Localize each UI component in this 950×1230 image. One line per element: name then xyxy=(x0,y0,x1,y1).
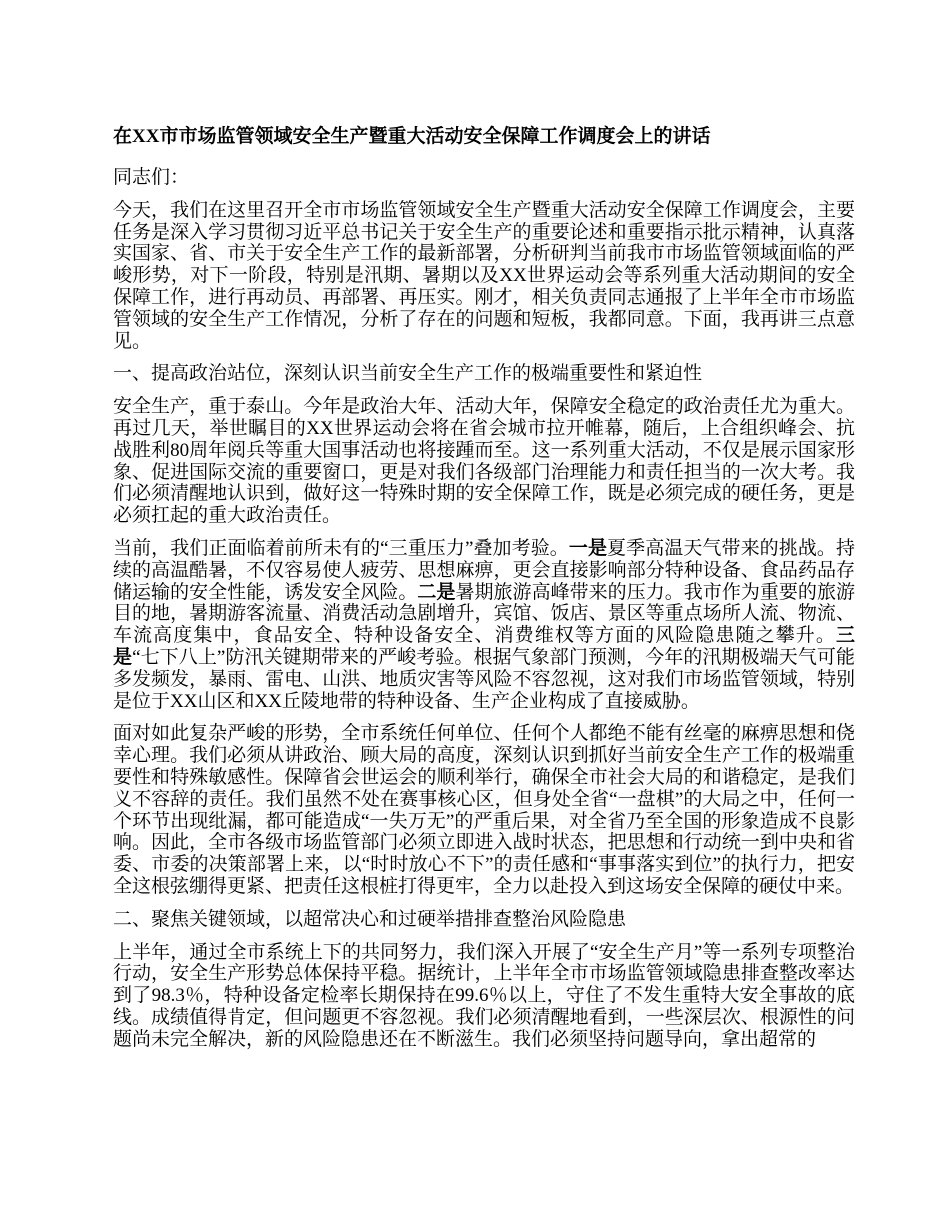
body-paragraph: 面对如此复杂严峻的形势，全市系统任何单位、任何个人都绝不能有丝毫的麻痹思想和侥幸… xyxy=(113,723,855,897)
text-run: 上半年，通过全市系统上下的共同努力，我们深入开展了“安全生产月”等一系列专项整治… xyxy=(113,942,855,1050)
body-paragraph: 当前，我们正面临着前所未有的“三重压力”叠加考验。一是夏季高温天气带来的挑战。持… xyxy=(113,538,855,712)
bold-text-run: 二是 xyxy=(417,582,455,603)
salutation: 同志们： xyxy=(113,167,855,189)
document-title: 在XX市市场监管领域安全生产暨重大活动安全保障工作调度会上的讲话 xyxy=(113,126,855,148)
text-run: 当前，我们正面临着前所未有的“三重压力”叠加考验。 xyxy=(113,538,569,559)
section-heading: 二、聚焦关键领域，以超常决心和过硬举措排查整治风险隐患 xyxy=(113,909,855,931)
bold-text-run: 一是 xyxy=(569,538,607,559)
text-run: 一、提高政治站位，深刻认识当前安全生产工作的极端重要性和紧迫性 xyxy=(113,363,702,384)
section-heading: 一、提高政治站位，深刻认识当前安全生产工作的极端重要性和紧迫性 xyxy=(113,363,855,385)
body-paragraph: 今天，我们在这里召开全市市场监管领域安全生产暨重大活动安全保障工作调度会，主要任… xyxy=(113,200,855,353)
text-run: “七下八上”防汛关键期带来的严峻考验。根据气象部门预测，今年的汛期极端天气可能多… xyxy=(113,647,855,712)
text-run: 今天，我们在这里召开全市市场监管领域安全生产暨重大活动安全保障工作调度会，主要任… xyxy=(113,200,855,352)
text-run: 面对如此复杂严峻的形势，全市系统任何单位、任何个人都绝不能有丝毫的麻痹思想和侥幸… xyxy=(113,723,855,897)
text-run: 安全生产，重于泰山。今年是政治大年、活动大年，保障安全稳定的政治责任尤为重大。再… xyxy=(113,396,855,526)
document-body: 今天，我们在这里召开全市市场监管领域安全生产暨重大活动安全保障工作调度会，主要任… xyxy=(113,200,855,1051)
document-page: 在XX市市场监管领域安全生产暨重大活动安全保障工作调度会上的讲话 同志们： 今天… xyxy=(0,0,950,1230)
body-paragraph: 安全生产，重于泰山。今年是政治大年、活动大年，保障安全稳定的政治责任尤为重大。再… xyxy=(113,396,855,527)
text-run: 二、聚焦关键领域，以超常决心和过硬举措排查整治风险隐患 xyxy=(113,909,626,930)
body-paragraph: 上半年，通过全市系统上下的共同努力，我们深入开展了“安全生产月”等一系列专项整治… xyxy=(113,942,855,1051)
